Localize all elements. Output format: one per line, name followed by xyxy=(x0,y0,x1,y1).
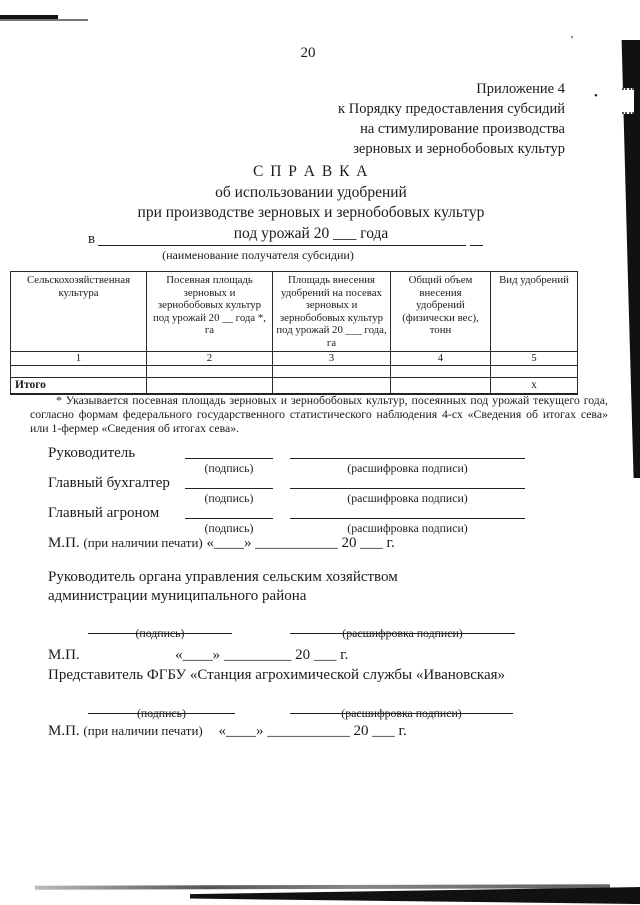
stamp-label: М.П. xyxy=(48,535,80,551)
representative-title: Представитель ФГБУ «Станция агрохимическ… xyxy=(48,666,608,685)
total-cell xyxy=(273,378,391,395)
title-line: при производстве зерновых и зернобобовых… xyxy=(0,203,622,224)
table-header-row: Сельскохозяйственная культура Посевная п… xyxy=(11,272,578,352)
appendix-line: на стимулирование производства xyxy=(338,119,565,139)
stamp-date-row: М.П. (при наличии печати) «____» _______… xyxy=(48,721,608,741)
transcript-blank-line xyxy=(290,505,525,519)
appendix-line: зерновых и зернобобовых культур xyxy=(338,139,565,159)
signature-blank-line xyxy=(185,445,273,459)
page-number: 20 xyxy=(0,45,616,62)
title-line: об использовании удобрений xyxy=(0,183,622,204)
signature-block-municipal-authority: Руководитель органа управления сельским … xyxy=(48,568,588,665)
empty-cell xyxy=(11,366,147,378)
date-blank: «____» _________ 20 ___ г. xyxy=(175,647,348,663)
column-number: 1 xyxy=(11,352,147,366)
column-number: 4 xyxy=(391,352,491,366)
signature-caption: (подпись) xyxy=(185,521,273,536)
signature-block-organization: Руководитель (подпись) (расшифровка подп… xyxy=(48,445,588,552)
signature-blank-line xyxy=(185,505,273,519)
recipient-caption: (наименование получателя субсидии) xyxy=(98,248,418,263)
role-label: Главный бухгалтер xyxy=(48,475,170,492)
stamp-note: (при наличии печати) xyxy=(83,535,202,550)
empty-cell xyxy=(147,366,273,378)
fertilizer-table: Сельскохозяйственная культура Посевная п… xyxy=(10,271,578,395)
scan-artifact-right-notch xyxy=(622,88,634,114)
total-x-cell: x xyxy=(491,378,578,395)
total-cell xyxy=(391,378,491,395)
empty-cell xyxy=(273,366,391,378)
appendix-line: к Порядку предоставления субсидий xyxy=(338,99,565,119)
transcript-blank-line xyxy=(290,445,525,459)
column-number: 5 xyxy=(491,352,578,366)
authority-title: Руководитель органа управления сельским … xyxy=(48,568,588,606)
column-number: 2 xyxy=(147,352,273,366)
role-label: Главный агроном xyxy=(48,505,159,522)
signature-block-agrochemical-service: Представитель ФГБУ «Станция агрохимическ… xyxy=(48,666,608,741)
total-cell xyxy=(147,378,273,395)
authority-title-line: Руководитель органа управления сельским … xyxy=(48,568,588,587)
authority-title-line: администрации муниципального района xyxy=(48,587,588,606)
table-column-numbers-row: 1 2 3 4 5 xyxy=(11,352,578,366)
scanned-document-page: ’ • 20 Приложение 4 к Порядку предоставл… xyxy=(0,0,640,905)
signature-caption: (подпись) xyxy=(185,461,273,476)
date-blank: «____» ___________ 20 ___ г. xyxy=(207,535,395,551)
empty-cell xyxy=(491,366,578,378)
transcript-caption: (расшифровка подписи) xyxy=(290,521,525,536)
scan-artifact-bottom-wedge xyxy=(190,887,640,904)
transcript-caption: (расшифровка подписи) xyxy=(290,491,525,506)
signature-row-chief-accountant: Главный бухгалтер (подпись) (расшифровка… xyxy=(48,475,588,505)
footnote: * Указывается посевная площадь зерновых … xyxy=(30,393,608,435)
recipient-blank-line-dash xyxy=(470,231,483,246)
appendix-line: Приложение 4 xyxy=(338,79,565,99)
empty-cell xyxy=(391,366,491,378)
column-number: 3 xyxy=(273,352,391,366)
stamp-label: М.П. xyxy=(48,647,80,663)
scan-speck: • xyxy=(594,90,598,102)
stamp-label: М.П. xyxy=(48,723,80,739)
table-header-sown-area: Посевная площадь зерновых и зернобобовых… xyxy=(147,272,273,352)
signature-row-chief-agronomist: Главный агроном (подпись) (расшифровка п… xyxy=(48,505,588,535)
signature-row-director: Руководитель (подпись) (расшифровка подп… xyxy=(48,445,588,475)
transcript-caption: (расшифровка подписи) xyxy=(290,461,525,476)
table-header-applied-area: Площадь внесения удобрений на посевах зе… xyxy=(273,272,391,352)
stamp-note: (при наличии печати) xyxy=(83,723,202,738)
title-line-spravka: С П Р А В К А xyxy=(0,162,622,183)
stamp-date-row: М.П. (при наличии печати) «____» _______… xyxy=(48,535,588,552)
transcript-caption: (расшифровка подписи) xyxy=(290,624,515,643)
table-header-crop: Сельскохозяйственная культура xyxy=(11,272,147,352)
table-empty-row xyxy=(11,366,578,378)
signature-caption: (подпись) xyxy=(185,491,273,506)
transcript-blank-line xyxy=(290,475,525,489)
table-header-total-volume: Общий объем внесения удобрений (физическ… xyxy=(391,272,491,352)
recipient-line: в (наименование получателя субсидии) xyxy=(88,231,508,261)
date-blank: «____» ___________ 20 ___ г. xyxy=(219,723,407,739)
table-header-fertilizer-type: Вид удобрений xyxy=(491,272,578,352)
scan-artifact-top-streak-tail xyxy=(0,19,88,21)
signature-caption: (подпись) xyxy=(88,624,232,643)
table-total-row: Итого x xyxy=(11,378,578,395)
recipient-prefix: в xyxy=(88,231,95,248)
role-label: Руководитель xyxy=(48,445,135,462)
appendix-heading: Приложение 4 к Порядку предоставления су… xyxy=(338,79,565,159)
recipient-blank-line xyxy=(98,231,466,246)
signature-blank-line xyxy=(185,475,273,489)
stamp-date-row: М.П. «____» _________ 20 ___ г. xyxy=(48,646,588,665)
total-label-cell: Итого xyxy=(11,378,147,395)
